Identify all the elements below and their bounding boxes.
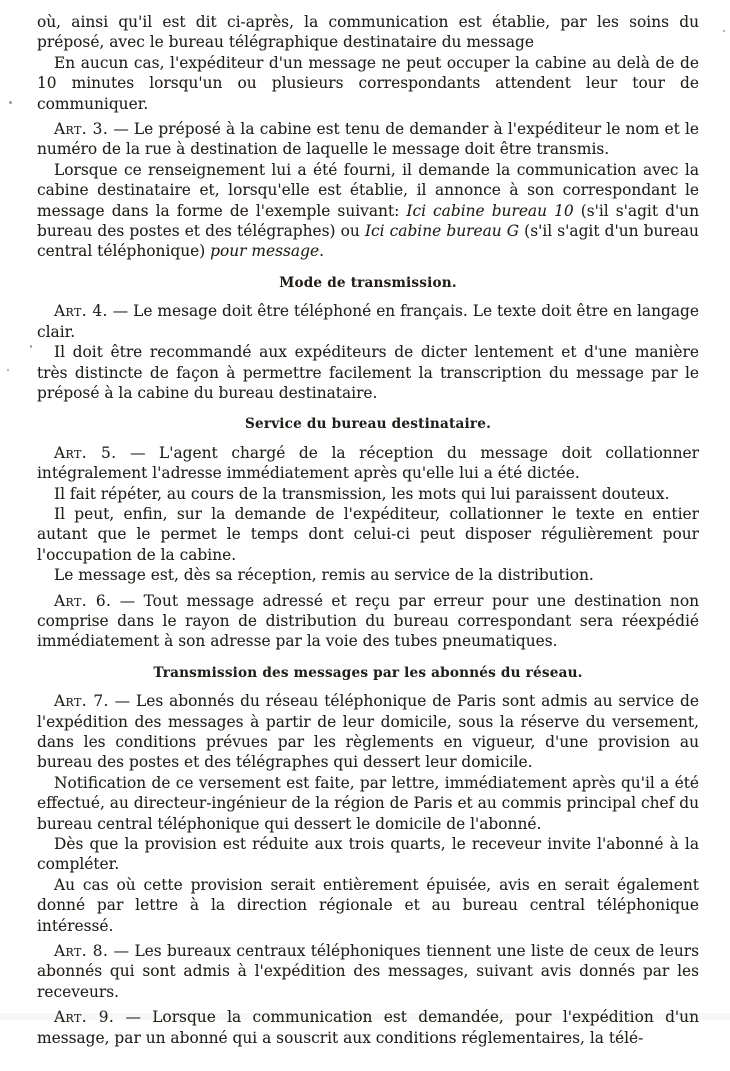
body-paragraph: Lorsque ce renseignement lui a été fourn… xyxy=(37,160,699,262)
scan-speck xyxy=(7,369,9,371)
document-text-block: où, ainsi qu'il est dit ci-après, la com… xyxy=(37,12,699,1048)
article-paragraph: Art. 6. — Tout message adressé et reçu p… xyxy=(37,591,699,652)
text-segment: Il peut, enfin, sur la demande de l'expé… xyxy=(37,505,699,564)
text-segment: — Le préposé à la cabine est tenu de dem… xyxy=(37,120,699,158)
article-label: Art. 8. xyxy=(54,942,108,960)
scan-speck xyxy=(30,345,32,348)
italic-text-segment: pour message xyxy=(210,242,319,260)
scan-speck xyxy=(9,101,12,104)
text-segment: Il doit être recommandé aux expéditeurs … xyxy=(37,343,699,402)
section-heading: Service du bureau destinataire. xyxy=(37,414,699,434)
article-label: Art. 3. xyxy=(54,120,108,138)
text-segment: Au cas où cette provision serait entière… xyxy=(37,876,699,935)
text-segment: — L'agent chargé de la réception du mess… xyxy=(37,444,699,482)
section-heading: Transmission des messages par les abonné… xyxy=(37,663,699,683)
text-segment: — Les bureaux centraux téléphoniques tie… xyxy=(37,942,699,1001)
text-segment: où, ainsi qu'il est dit ci-après, la com… xyxy=(37,13,699,51)
article-label: Art. 5. xyxy=(54,444,117,462)
scanned-document-page: où, ainsi qu'il est dit ci-après, la com… xyxy=(0,0,730,1071)
scan-speck xyxy=(723,30,725,32)
body-paragraph: Au cas où cette provision serait entière… xyxy=(37,875,699,936)
text-segment: Notification de ce versement est faite, … xyxy=(37,774,699,833)
text-segment: — Tout message adressé et reçu par erreu… xyxy=(37,592,699,651)
italic-text-segment: Ici cabine bureau G xyxy=(365,222,519,240)
body-paragraph: où, ainsi qu'il est dit ci-après, la com… xyxy=(37,12,699,53)
article-label: Art. 7. xyxy=(54,692,109,710)
body-paragraph: Il doit être recommandé aux expéditeurs … xyxy=(37,342,699,403)
body-paragraph: Dès que la provision est réduite aux tro… xyxy=(37,834,699,875)
text-segment: . xyxy=(319,242,324,260)
text-segment: Dès que la provision est réduite aux tro… xyxy=(37,835,699,873)
article-paragraph: Art. 5. — L'agent chargé de la réception… xyxy=(37,443,699,484)
text-segment: — Le mesage doit être téléphoné en franç… xyxy=(37,302,699,340)
body-paragraph: Il fait répéter, au cours de la transmis… xyxy=(37,484,699,504)
article-label: Art. 6. xyxy=(54,592,111,610)
scan-artifact-band xyxy=(0,1013,730,1020)
body-paragraph: Il peut, enfin, sur la demande de l'expé… xyxy=(37,504,699,565)
article-paragraph: Art. 7. — Les abonnés du réseau téléphon… xyxy=(37,691,699,773)
body-paragraph: En aucun cas, l'expéditeur d'un message … xyxy=(37,53,699,114)
article-paragraph: Art. 8. — Les bureaux centraux téléphoni… xyxy=(37,941,699,1002)
article-label: Art. 4. xyxy=(54,302,108,320)
article-paragraph: Art. 4. — Le mesage doit être téléphoné … xyxy=(37,301,699,342)
text-segment: En aucun cas, l'expéditeur d'un message … xyxy=(37,54,699,113)
body-paragraph: Le message est, dès sa réception, remis … xyxy=(37,565,699,585)
italic-text-segment: Ici cabine bureau 10 xyxy=(406,202,573,220)
article-paragraph: Art. 3. — Le préposé à la cabine est ten… xyxy=(37,119,699,160)
text-segment: Le message est, dès sa réception, remis … xyxy=(54,566,594,584)
text-segment: — Les abonnés du réseau téléphonique de … xyxy=(37,692,699,771)
text-segment: Il fait répéter, au cours de la transmis… xyxy=(54,485,670,503)
body-paragraph: Notification de ce versement est faite, … xyxy=(37,773,699,834)
section-heading: Mode de transmission. xyxy=(37,273,699,293)
